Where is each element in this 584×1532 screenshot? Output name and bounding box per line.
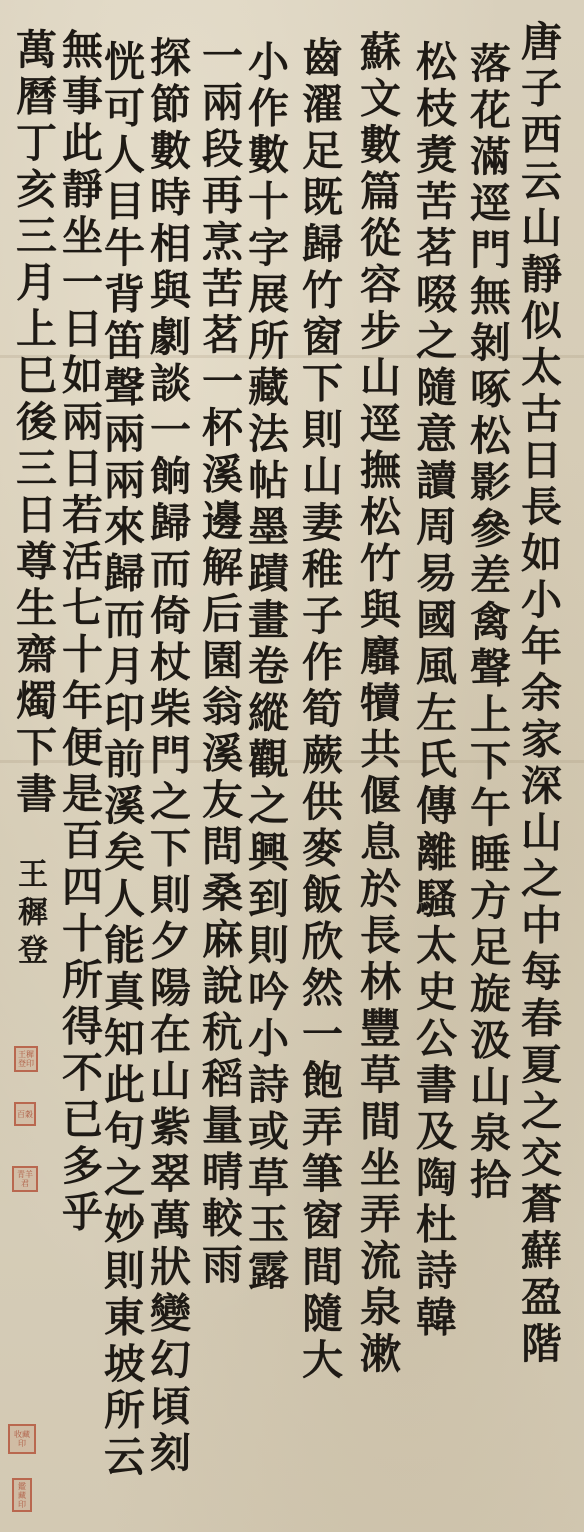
text-column-7: 一兩段再烹苦茗一杯溪邊解后園翁溪友問桑麻說秔稻量晴較雨 [198,34,239,1290]
seal-stamp: 百穀 [14,1102,36,1126]
seal-stamp: 鑑藏印 [12,1478,32,1512]
text-column-8: 探節數時相與劇談一餉歸而倚杖柴門之下則夕陽在山紫翠萬狀變幻頃刻 [146,36,187,1478]
seal-stamp: 青羊君 [12,1166,38,1192]
text-column-4: 蘇文數篇從容步山逕撫松竹與麛犢共偃息於長林豐草間坐弄流泉漱 [356,30,397,1379]
text-column-9: 恍可人目牛背笛聲兩兩來歸而月印前溪矣人能真知此句之妙則東坡所云 [100,40,141,1482]
text-column-3: 松枝煑苦茗啜之隨意讀周易國風左氏傳離騷太史公書及陶杜詩韓 [412,40,453,1342]
calligraphy-scroll: 唐子西云山靜似太古日長如小年余家深山之中每春夏之交蒼蘚盈階 落花滿逕門無剝啄松影… [0,0,584,1532]
text-column-2: 落花滿逕門無剝啄松影參差禽聲上下午睡方足旋汲山泉拾 [466,42,507,1205]
text-column-6: 小作數十字展所藏法帖墨蹟畫卷縱觀之興到則吟小詩或草玉露 [244,40,285,1296]
text-column-1: 唐子西云山靜似太古日長如小年余家深山之中每春夏之交蒼蘚盈階 [517,20,558,1369]
colophon-date-column: 萬曆丁亥三月上巳後三日尊生齋燭下書 [12,28,53,819]
signature: 王穉登 [14,858,44,972]
seal-stamp: 王穉登印 [14,1046,38,1072]
text-column-5: 齒濯足既歸竹窗下則山妻稚子作筍蕨供麥飯欣然一飽弄筆窗間隨大 [298,36,339,1385]
seal-stamp: 收藏印 [8,1424,36,1454]
text-column-10: 無事此靜坐一日如兩日若活七十年便是百四十所得不已多乎 [58,28,99,1237]
